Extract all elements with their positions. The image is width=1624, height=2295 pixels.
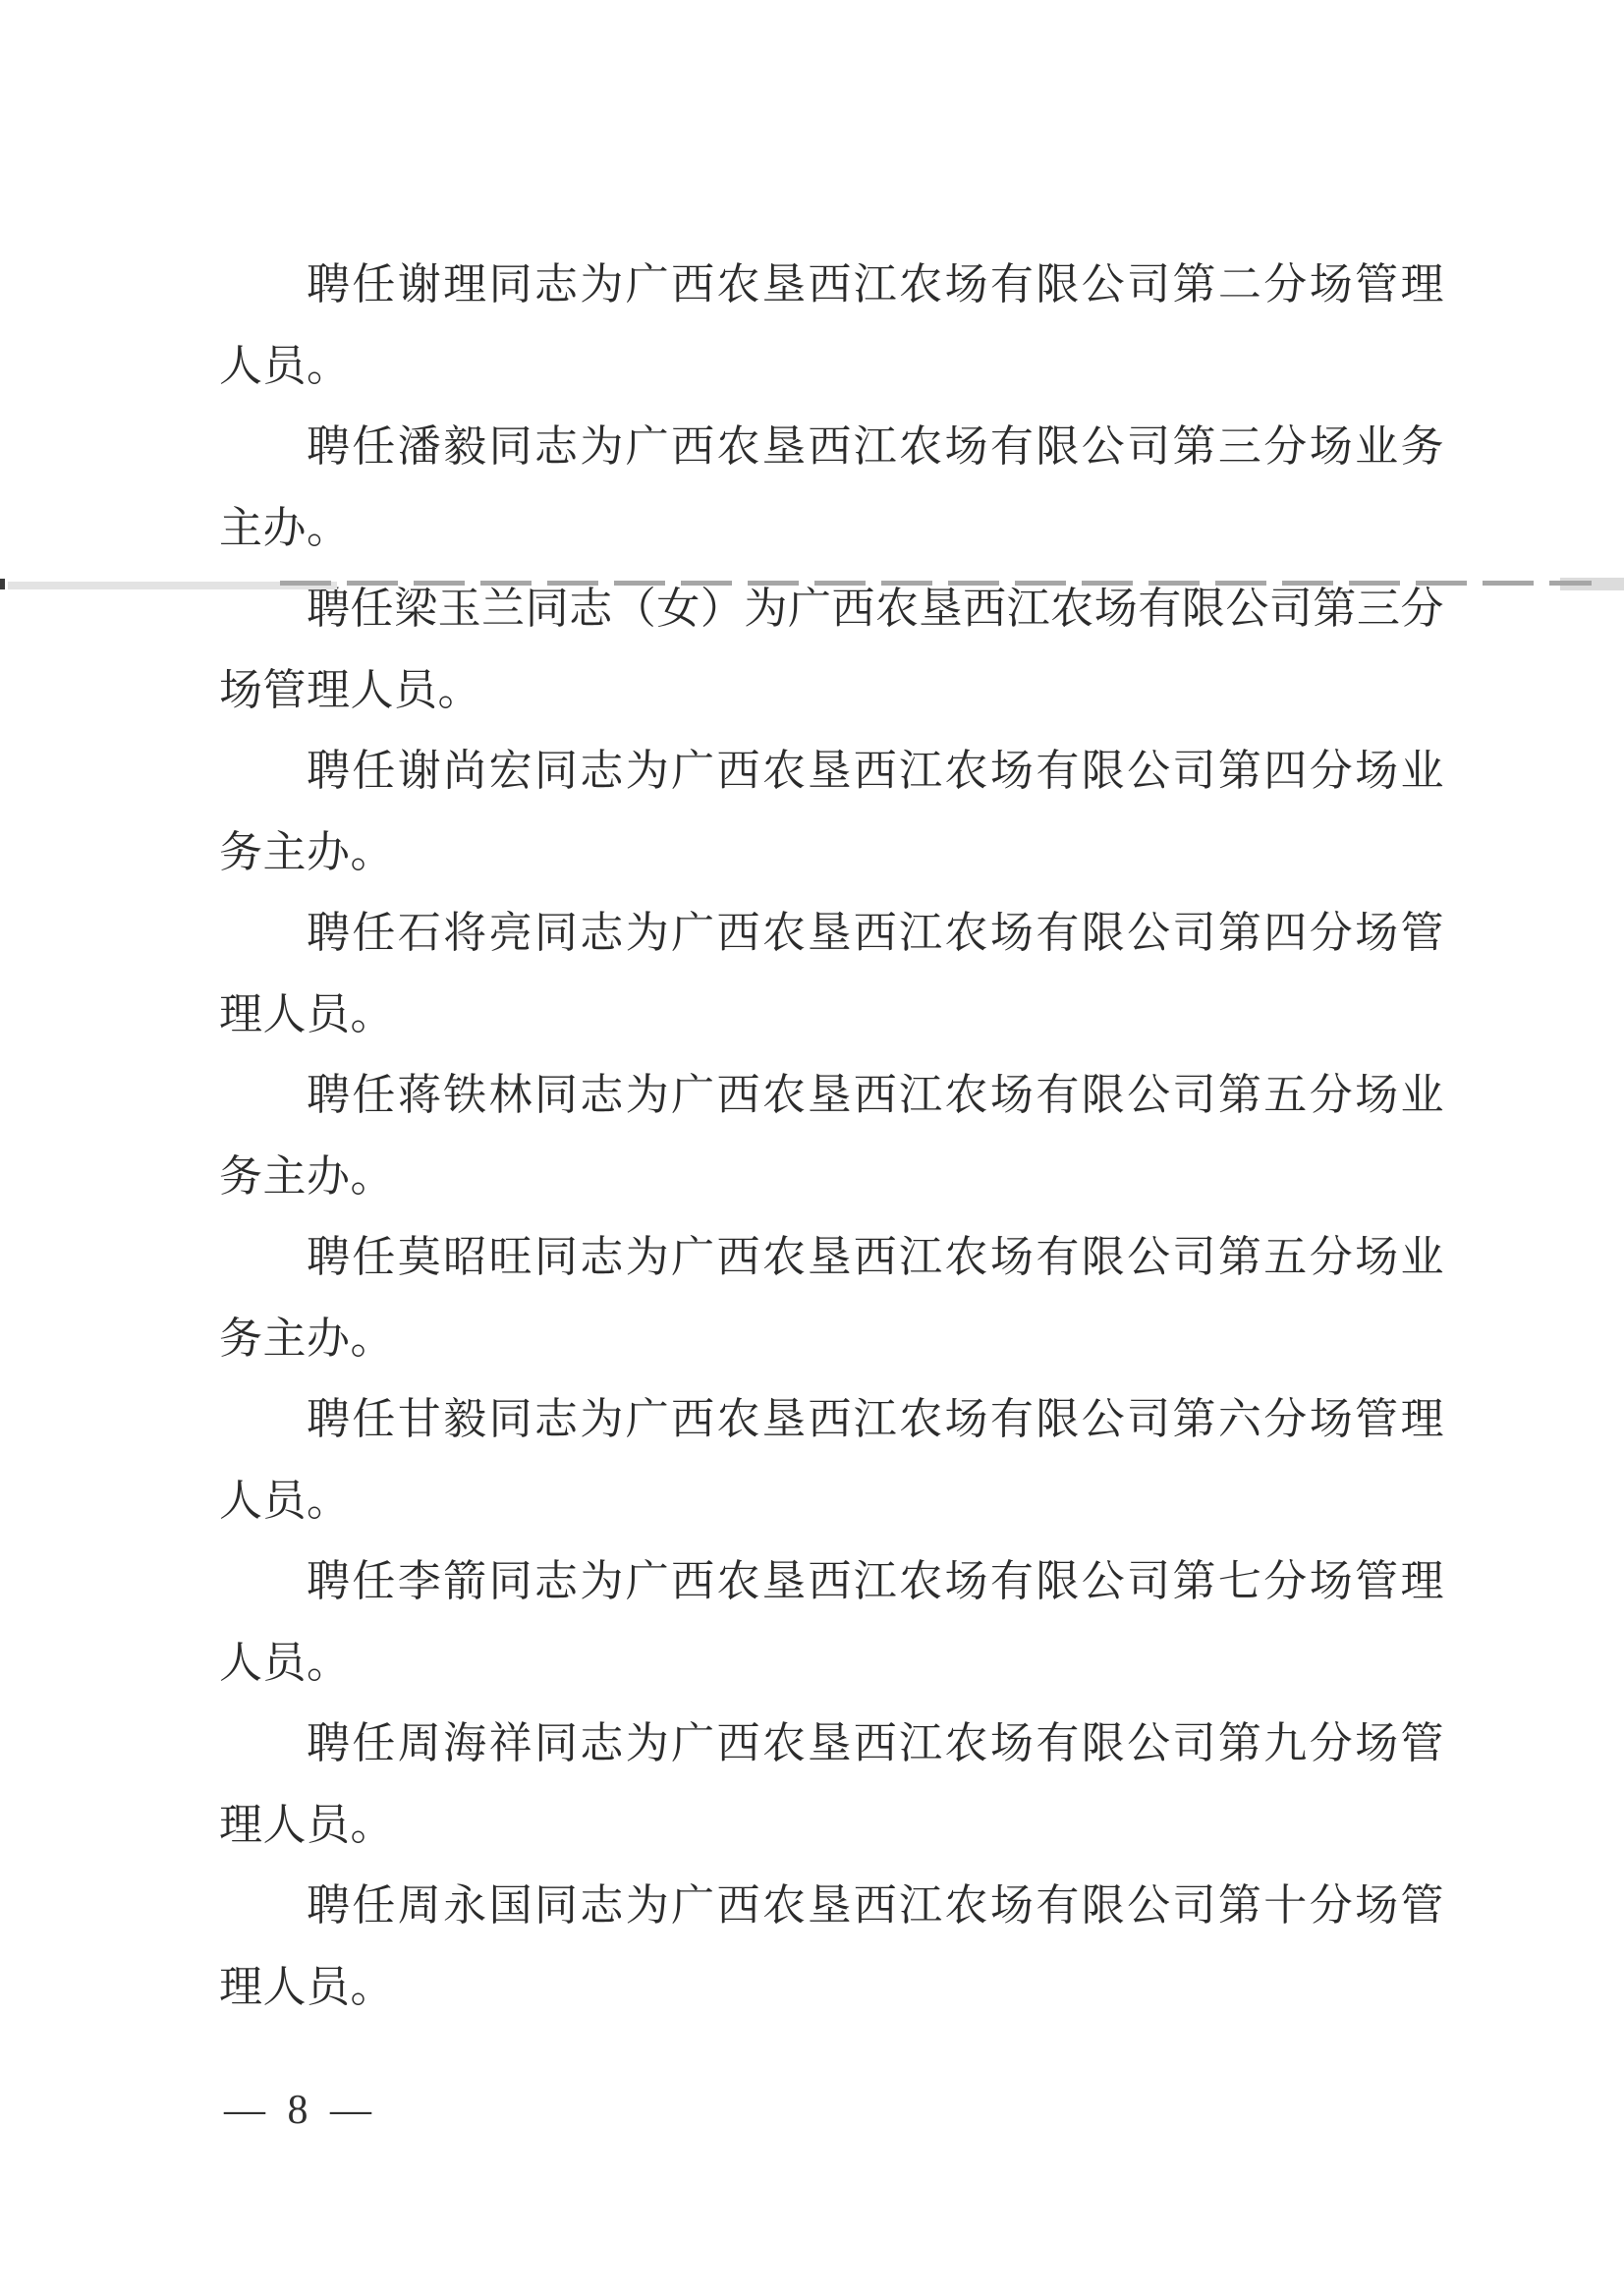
paragraph-line: 理人员。 <box>219 975 1444 1056</box>
paragraph-line: 人员。 <box>219 1623 1444 1705</box>
paragraph-line: 聘任潘毅同志为广西农垦西江农场有限公司第三分场业务 <box>219 407 1444 488</box>
document-body: 聘任谢理同志为广西农垦西江农场有限公司第二分场管理 人员。 聘任潘毅同志为广西农… <box>219 245 1444 2028</box>
appointment-paragraph: 聘任蒋铁林同志为广西农垦西江农场有限公司第五分场业 务主办。 <box>219 1055 1444 1217</box>
appointment-paragraph: 聘任甘毅同志为广西农垦西江农场有限公司第六分场管理 人员。 <box>219 1379 1444 1541</box>
scan-artifact-dashed-line <box>280 581 1592 586</box>
paragraph-line: 聘任周永国同志为广西农垦西江农场有限公司第十分场管 <box>219 1866 1444 1947</box>
appointment-paragraph: 聘任梁玉兰同志（女）为广西农垦西江农场有限公司第三分 场管理人员。 <box>219 569 1444 731</box>
appointment-paragraph: 聘任周海祥同志为广西农垦西江农场有限公司第九分场管 理人员。 <box>219 1704 1444 1866</box>
paragraph-line: 聘任周海祥同志为广西农垦西江农场有限公司第九分场管 <box>219 1704 1444 1785</box>
appointment-paragraph: 聘任李箭同志为广西农垦西江农场有限公司第七分场管理 人员。 <box>219 1541 1444 1704</box>
appointment-paragraph: 聘任潘毅同志为广西农垦西江农场有限公司第三分场业务 主办。 <box>219 407 1444 569</box>
paragraph-line: 务主办。 <box>219 1299 1444 1380</box>
scan-artifact-edge-mark <box>0 579 5 589</box>
paragraph-line: 聘任李箭同志为广西农垦西江农场有限公司第七分场管理 <box>219 1541 1444 1623</box>
paragraph-line: 理人员。 <box>219 1947 1444 2029</box>
paragraph-line: 务主办。 <box>219 812 1444 894</box>
appointment-paragraph: 聘任石将亮同志为广西农垦西江农场有限公司第四分场管 理人员。 <box>219 893 1444 1055</box>
paragraph-line: 聘任石将亮同志为广西农垦西江农场有限公司第四分场管 <box>219 893 1444 975</box>
paragraph-line: 聘任莫昭旺同志为广西农垦西江农场有限公司第五分场业 <box>219 1217 1444 1299</box>
paragraph-line: 聘任谢尚宏同志为广西农垦西江农场有限公司第四分场业 <box>219 731 1444 812</box>
paragraph-line: 场管理人员。 <box>219 650 1444 732</box>
paragraph-line: 聘任谢理同志为广西农垦西江农场有限公司第二分场管理 <box>219 245 1444 326</box>
paragraph-line: 聘任蒋铁林同志为广西农垦西江农场有限公司第五分场业 <box>219 1055 1444 1137</box>
appointment-paragraph: 聘任周永国同志为广西农垦西江农场有限公司第十分场管 理人员。 <box>219 1866 1444 2028</box>
page-number: — 8 — <box>224 2087 377 2134</box>
paragraph-line: 理人员。 <box>219 1785 1444 1867</box>
paragraph-line: 聘任甘毅同志为广西农垦西江农场有限公司第六分场管理 <box>219 1379 1444 1461</box>
document-page: 聘任谢理同志为广西农垦西江农场有限公司第二分场管理 人员。 聘任潘毅同志为广西农… <box>0 0 1624 2295</box>
paragraph-line: 人员。 <box>219 1461 1444 1542</box>
appointment-paragraph: 聘任莫昭旺同志为广西农垦西江农场有限公司第五分场业 务主办。 <box>219 1217 1444 1379</box>
paragraph-line: 人员。 <box>219 326 1444 408</box>
appointment-paragraph: 聘任谢尚宏同志为广西农垦西江农场有限公司第四分场业 务主办。 <box>219 731 1444 893</box>
appointment-paragraph: 聘任谢理同志为广西农垦西江农场有限公司第二分场管理 人员。 <box>219 245 1444 407</box>
paragraph-line: 务主办。 <box>219 1137 1444 1218</box>
paragraph-line: 主办。 <box>219 488 1444 570</box>
